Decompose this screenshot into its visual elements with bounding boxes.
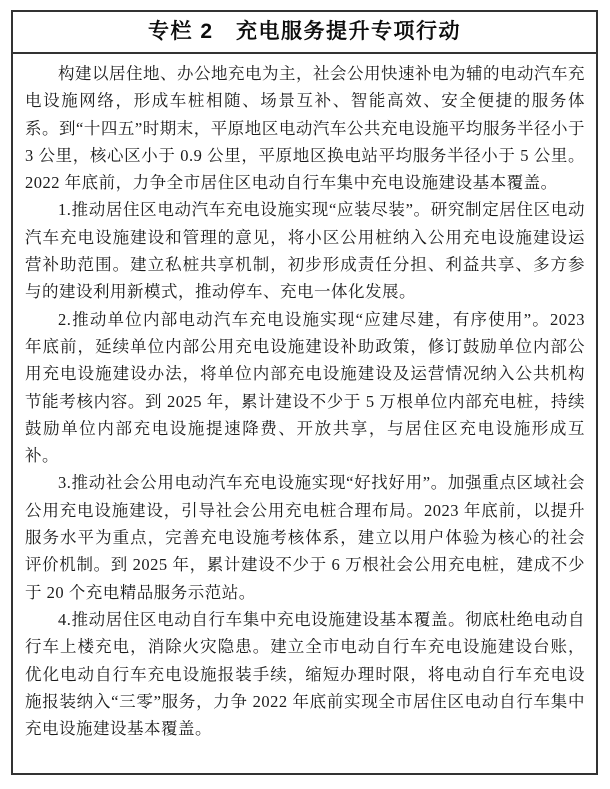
paragraph-item-4: 4.推动居住区电动自行车集中充电设施建设基本覆盖。彻底杜绝电动自行车上楼充电，消…: [25, 606, 585, 742]
panel-title: 专栏 2 充电服务提升专项行动: [13, 12, 596, 54]
document-page: { "panel": { "title": "专栏 2 充电服务提升专项行动",…: [0, 0, 610, 789]
paragraph-item-2: 2.推动单位内部电动汽车充电设施实现“应建尽建，有序使用”。2023 年底前，延…: [25, 306, 585, 470]
paragraph-item-3: 3.推动社会公用电动汽车充电设施实现“好找好用”。加强重点区域社会公用充电设施建…: [25, 469, 585, 605]
policy-column-panel: 专栏 2 充电服务提升专项行动 构建以居住地、办公地充电为主，社会公用快速补电为…: [11, 10, 598, 775]
panel-body: 构建以居住地、办公地充电为主，社会公用快速补电为辅的电动汽车充电设施网络，形成车…: [13, 54, 596, 742]
paragraph-overview: 构建以居住地、办公地充电为主，社会公用快速补电为辅的电动汽车充电设施网络，形成车…: [25, 60, 585, 196]
paragraph-item-1: 1.推动居住区电动汽车充电设施实现“应装尽装”。研究制定居住区电动汽车充电设施建…: [25, 196, 585, 305]
